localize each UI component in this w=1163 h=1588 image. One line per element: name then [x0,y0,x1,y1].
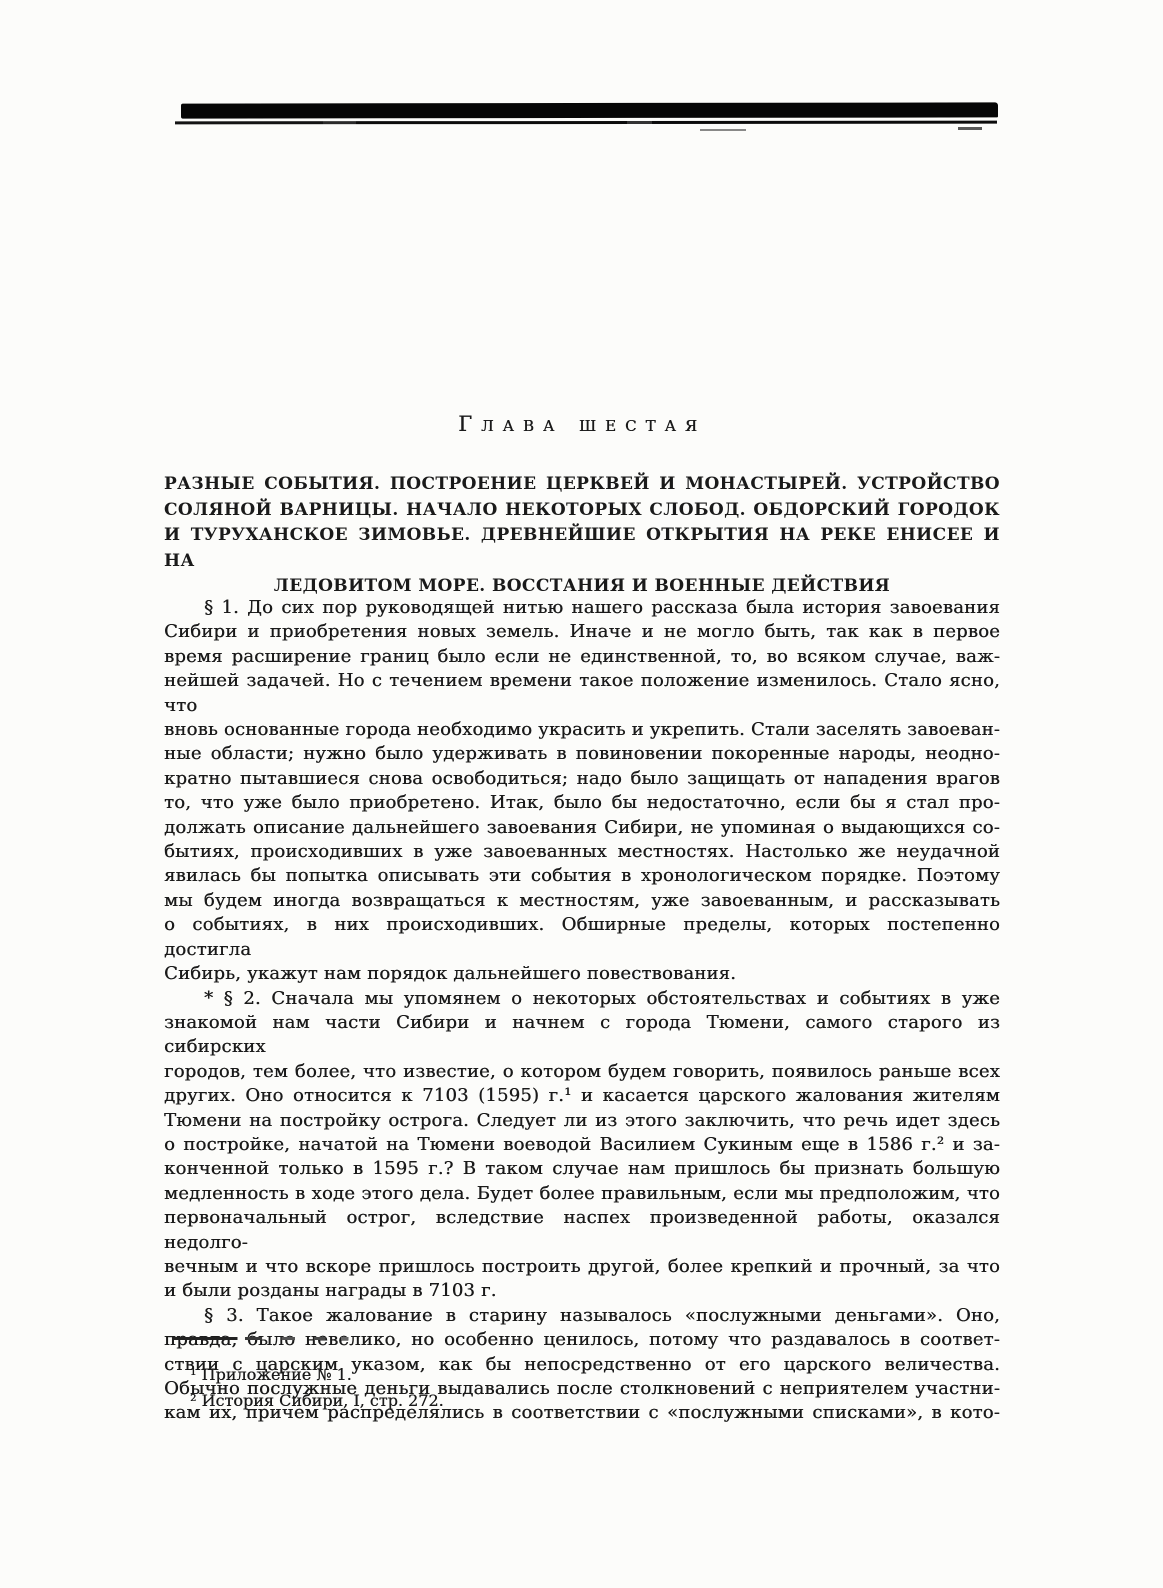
body-line: то, что уже было приобретено. Итак, было… [164,791,1000,815]
body-line: о постройке, начатой на Тюмени воеводой … [164,1133,1000,1157]
body-line: вечным и что вскоре пришлось построить д… [164,1255,1000,1279]
footnote-divider [172,1337,364,1340]
body-line: время расширение границ было если не еди… [164,645,1000,669]
body-line: других. Оно относится к 7103 (1595) г.¹ … [164,1084,1000,1108]
body-line: вновь основанные города необходимо украс… [164,718,1000,742]
body-line: Тюмени на постройку острога. Следует ли … [164,1109,1000,1133]
body-line: городов, тем более, что известие, о кото… [164,1060,1000,1084]
scan-artifact-smudge [958,127,982,130]
body-line: § 3. Такое жалование в старину называлос… [164,1304,1000,1328]
body-line: первоначальный острог, вследствие наспех… [164,1206,1000,1255]
paragraph-1: § 1. До сих пор руководящей нитью нашего… [164,596,1000,987]
body-line: конченной только в 1595 г.? В таком случ… [164,1157,1000,1181]
paragraph-2: * § 2. Сначала мы упомянем о некоторых о… [164,987,1000,1304]
footnotes: ¹ Приложение № 1.² История Сибири, I, ст… [164,1362,1000,1413]
body-line: о событиях, в них происходивших. Обширны… [164,913,1000,962]
subtitle-line: СОЛЯНОЙ ВАРНИЦЫ. НАЧАЛО НЕКОТОРЫХ СЛОБОД… [164,498,1000,524]
body-line: кратно пытавшиеся снова освободиться; на… [164,767,1000,791]
body-line: Сибирь, укажут нам порядок дальнейшего п… [164,962,1000,986]
scan-artifact-top-bar [181,102,998,118]
body-line: нейшей задачей. Но с течением времени та… [164,669,1000,718]
body-line: правда, было невелико, но особенно ценил… [164,1328,1000,1352]
body-line: мы будем иногда возвращаться к местностя… [164,889,1000,913]
footnote-line: ² История Сибири, I, стр. 272. [164,1388,1000,1414]
chapter-heading: Глава шестая [164,412,1000,436]
body-line: медленность в ходе этого дела. Будет бол… [164,1182,1000,1206]
body-line: должать описание дальнейшего завоевания … [164,816,1000,840]
body-line: бытиях, происходивших в уже завоеванных … [164,840,1000,864]
body-line: ные области; нужно было удерживать в пов… [164,742,1000,766]
body-line: * § 2. Сначала мы упомянем о некоторых о… [164,987,1000,1011]
body-line: § 1. До сих пор руководящей нитью нашего… [164,596,1000,620]
body-line: Сибири и приобретения новых земель. Инач… [164,620,1000,644]
body-line: и были розданы награды в 7103 г. [164,1279,1000,1303]
body-line: знакомой нам части Сибири и начнем с гор… [164,1011,1000,1060]
body-line: явилась бы попытка описывать эти события… [164,864,1000,888]
subtitle-line: РАЗНЫЕ СОБЫТИЯ. ПОСТРОЕНИЕ ЦЕРКВЕЙ И МОН… [164,472,1000,498]
book-page-scan: Глава шестая РАЗНЫЕ СОБЫТИЯ. ПОСТРОЕНИЕ … [0,0,1163,1588]
footnote-line: ¹ Приложение № 1. [164,1362,1000,1388]
chapter-subtitle: РАЗНЫЕ СОБЫТИЯ. ПОСТРОЕНИЕ ЦЕРКВЕЙ И МОН… [164,472,1000,600]
scan-artifact-smudge [700,129,746,131]
scan-artifact-top-rule [175,121,997,125]
subtitle-line: И ТУРУХАНСКОЕ ЗИМОВЬЕ. ДРЕВНЕЙШИЕ ОТКРЫТ… [164,523,1000,574]
body-text: § 1. До сих пор руководящей нитью нашего… [164,596,1000,1426]
